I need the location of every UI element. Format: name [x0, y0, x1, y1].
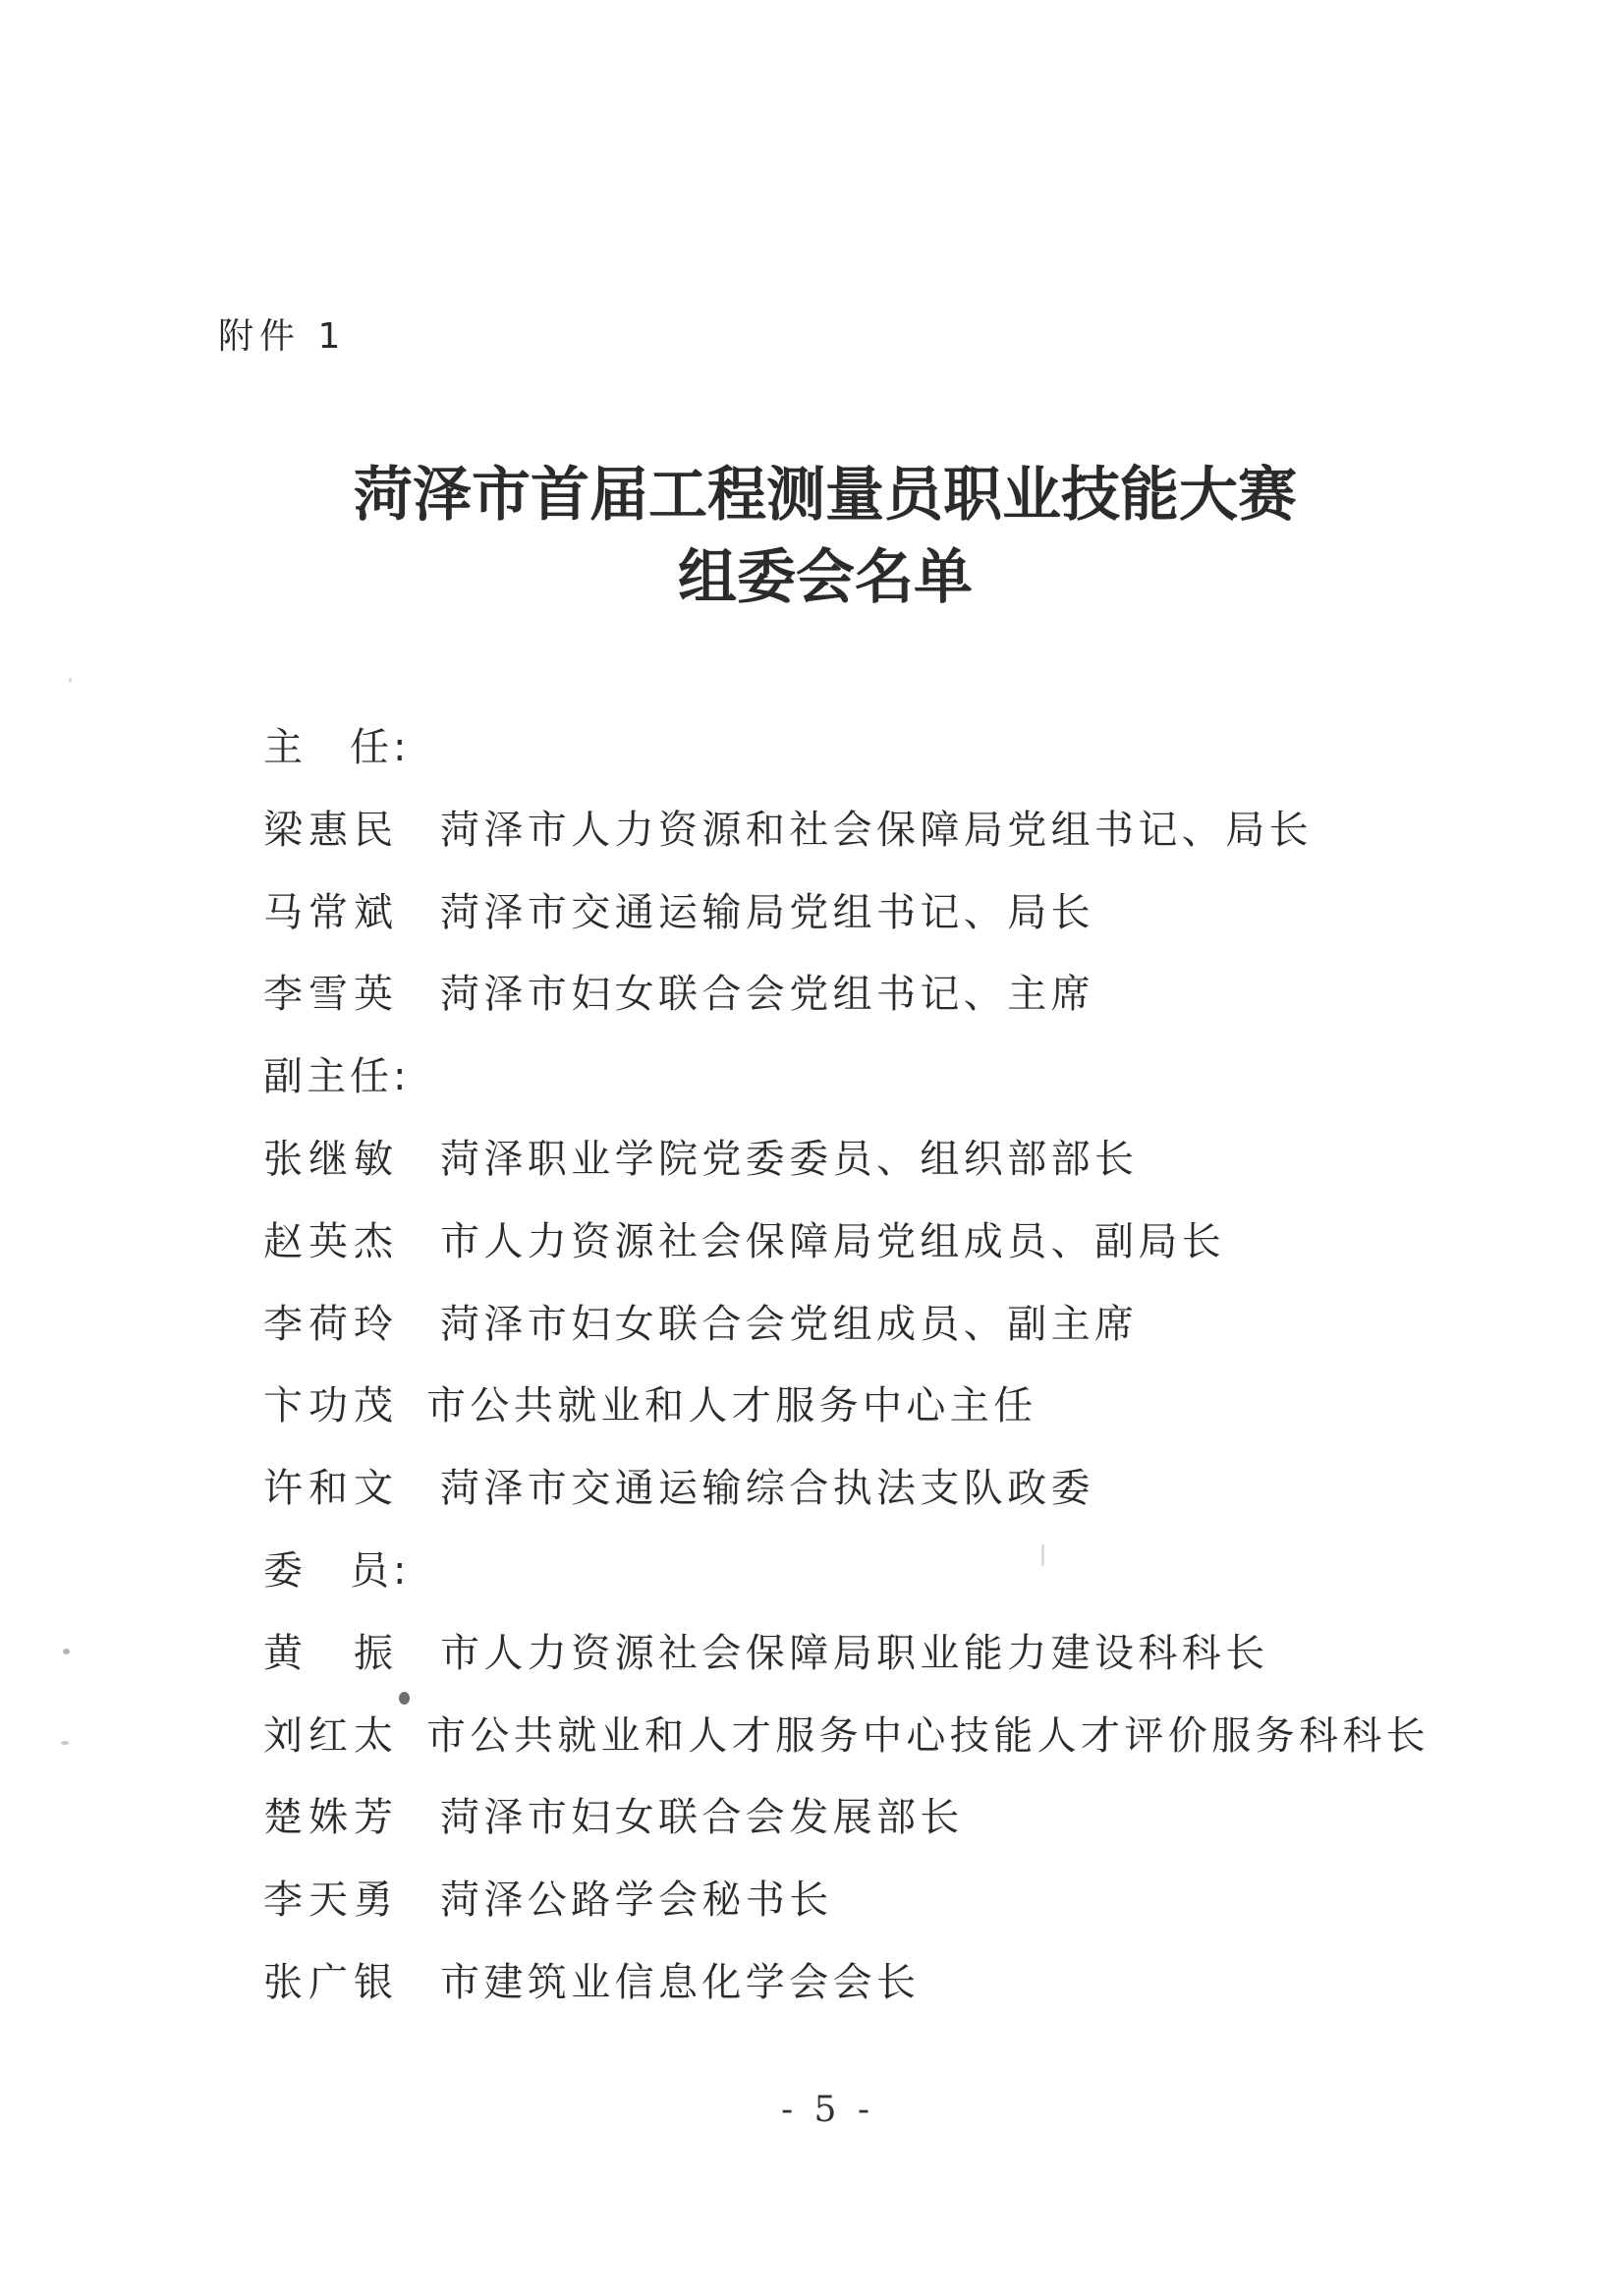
section-heading-director: 主任: [263, 707, 1491, 790]
member-name: 梁惠民 [263, 790, 440, 872]
section-heading-deputy-director: 副主任: [263, 1036, 1491, 1119]
section-heading-label: 委员 [263, 1548, 436, 1594]
roster-row: 李雪英菏泽市妇女联合会党组书记、主席 [263, 954, 1491, 1036]
member-position: 菏泽市人力资源和社会保障局党组书记、局长 [440, 790, 1313, 872]
roster-row: 赵英杰市人力资源社会保障局党组成员、副局长 [263, 1202, 1491, 1284]
member-name: 李天勇 [263, 1860, 440, 1942]
roster-row: 马常斌菏泽市交通运输局党组书记、局长 [263, 872, 1491, 955]
member-position: 市公共就业和人才服务中心主任 [426, 1366, 1037, 1448]
heading-colon: : [393, 1548, 406, 1594]
member-position: 菏泽市妇女联合会党组书记、主席 [440, 954, 1094, 1036]
member-position: 市人力资源社会保障局职业能力建设科科长 [440, 1613, 1269, 1696]
section-heading-label: 主任 [263, 725, 436, 770]
scan-artifact-dot [399, 1692, 410, 1705]
page-number: - 5 - [0, 2087, 1624, 2134]
attachment-label: 附件 1 [218, 312, 346, 362]
member-position: 市建筑业信息化学会会长 [440, 1942, 920, 2025]
section-heading-members: 委员: [263, 1531, 1491, 1613]
member-name: 刘红太 [263, 1696, 440, 1778]
roster-row: 张广银市建筑业信息化学会会长 [263, 1942, 1491, 2025]
member-name: 黄振 [263, 1613, 440, 1696]
member-name: 李荷玲 [263, 1284, 440, 1367]
document-title: 菏泽市首届工程测量员职业技能大赛 组委会名单 [0, 454, 1624, 619]
roster-row: 李天勇菏泽公路学会秘书长 [263, 1860, 1491, 1942]
title-line-1: 菏泽市首届工程测量员职业技能大赛 [0, 454, 1624, 536]
roster-row: 刘红太市公共就业和人才服务中心技能人才评价服务科科长 [263, 1696, 1491, 1778]
member-position: 菏泽市妇女联合会党组成员、副主席 [440, 1284, 1138, 1367]
roster-row: 张继敏菏泽职业学院党委委员、组织部部长 [263, 1119, 1491, 1202]
roster-row: 黄振市人力资源社会保障局职业能力建设科科长 [263, 1613, 1491, 1696]
member-name: 卞功茂 [263, 1366, 440, 1448]
roster-row: 许和文菏泽市交通运输综合执法支队政委 [263, 1448, 1491, 1531]
member-position: 菏泽市交通运输综合执法支队政委 [440, 1448, 1094, 1531]
title-line-2: 组委会名单 [0, 536, 1624, 619]
scan-artifact-dot [69, 678, 72, 683]
section-heading-label: 副主任 [263, 1054, 393, 1099]
member-position: 菏泽市妇女联合会发展部长 [440, 1777, 964, 1860]
member-name: 张广银 [263, 1942, 440, 2025]
heading-colon: : [393, 725, 406, 770]
roster-row: 卞功茂市公共就业和人才服务中心主任 [263, 1366, 1491, 1448]
scan-artifact-dot [63, 1649, 70, 1654]
member-position: 市公共就业和人才服务中心技能人才评价服务科科长 [426, 1696, 1429, 1778]
roster-row: 李荷玲菏泽市妇女联合会党组成员、副主席 [263, 1284, 1491, 1367]
roster-row: 梁惠民菏泽市人力资源和社会保障局党组书记、局长 [263, 790, 1491, 872]
member-name: 李雪英 [263, 954, 440, 1036]
member-name: 张继敏 [263, 1119, 440, 1202]
scan-artifact-dot [61, 1741, 69, 1745]
member-name: 马常斌 [263, 872, 440, 955]
member-position: 市人力资源社会保障局党组成员、副局长 [440, 1202, 1225, 1284]
member-position: 菏泽公路学会秘书长 [440, 1860, 833, 1942]
member-position: 菏泽职业学院党委委员、组织部部长 [440, 1119, 1138, 1202]
committee-roster: 主任: 梁惠民菏泽市人力资源和社会保障局党组书记、局长 马常斌菏泽市交通运输局党… [263, 707, 1491, 2025]
member-name: 楚姝芳 [263, 1777, 440, 1860]
member-name: 赵英杰 [263, 1202, 440, 1284]
heading-colon: : [393, 1054, 410, 1099]
member-position: 菏泽市交通运输局党组书记、局长 [440, 872, 1094, 955]
member-name: 许和文 [263, 1448, 440, 1531]
roster-row: 楚姝芳菏泽市妇女联合会发展部长 [263, 1777, 1491, 1860]
scan-artifact-dot [1041, 1544, 1044, 1566]
